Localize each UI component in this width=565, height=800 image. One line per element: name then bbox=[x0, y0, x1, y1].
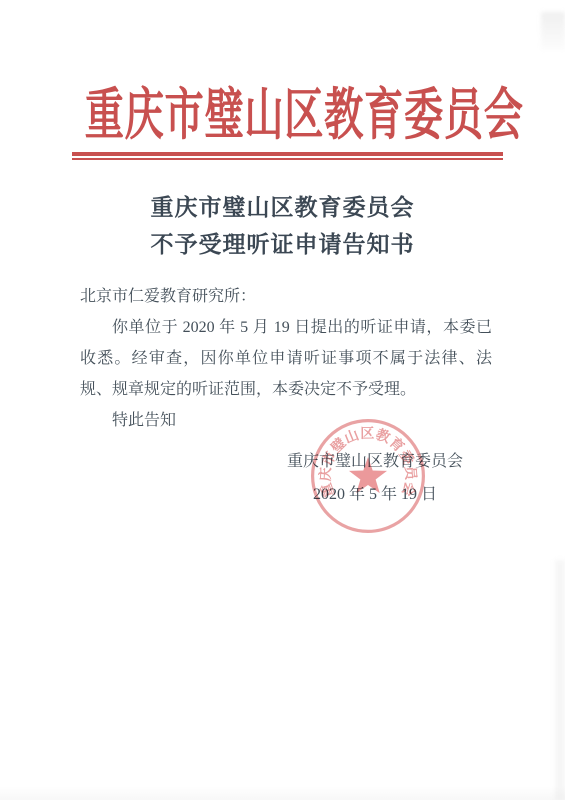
rule-thin-line bbox=[72, 158, 503, 160]
document-title-line2: 不予受理听证申请告知书 bbox=[0, 226, 565, 263]
body-paragraph: 你单位于 2020 年 5 月 19 日提出的听证申请，本委已收悉。经审查，因你… bbox=[80, 312, 492, 405]
document-page: 重庆市璧山区教育委员会 重庆市璧山区教育委员会 不予受理听证申请告知书 北京市仁… bbox=[0, 0, 565, 800]
addressee-line: 北京市仁爱教育研究所： bbox=[80, 281, 492, 312]
scan-artifact-top-right bbox=[541, 12, 565, 50]
closing-phrase: 特此告知 bbox=[80, 405, 492, 436]
scan-artifact-right-edge bbox=[555, 560, 565, 800]
document-title-line1: 重庆市璧山区教育委员会 bbox=[0, 189, 565, 226]
letterhead-double-rule bbox=[72, 152, 503, 160]
signature-agency: 重庆市璧山区教育委员会 bbox=[250, 452, 500, 472]
scan-artifact-bottom bbox=[0, 786, 565, 800]
rule-thick-line bbox=[72, 152, 503, 156]
signature-date: 2020 年 5 年 19 日 bbox=[250, 485, 500, 505]
signature-block: 重庆市璧山区教育委员会 2020 年 5 年 19 日 bbox=[250, 452, 500, 505]
document-title: 重庆市璧山区教育委员会 不予受理听证申请告知书 bbox=[0, 189, 565, 263]
letterhead-agency-name: 重庆市璧山区教育委员会 bbox=[85, 84, 481, 148]
document-body: 北京市仁爱教育研究所： 你单位于 2020 年 5 月 19 日提出的听证申请，… bbox=[80, 281, 492, 436]
